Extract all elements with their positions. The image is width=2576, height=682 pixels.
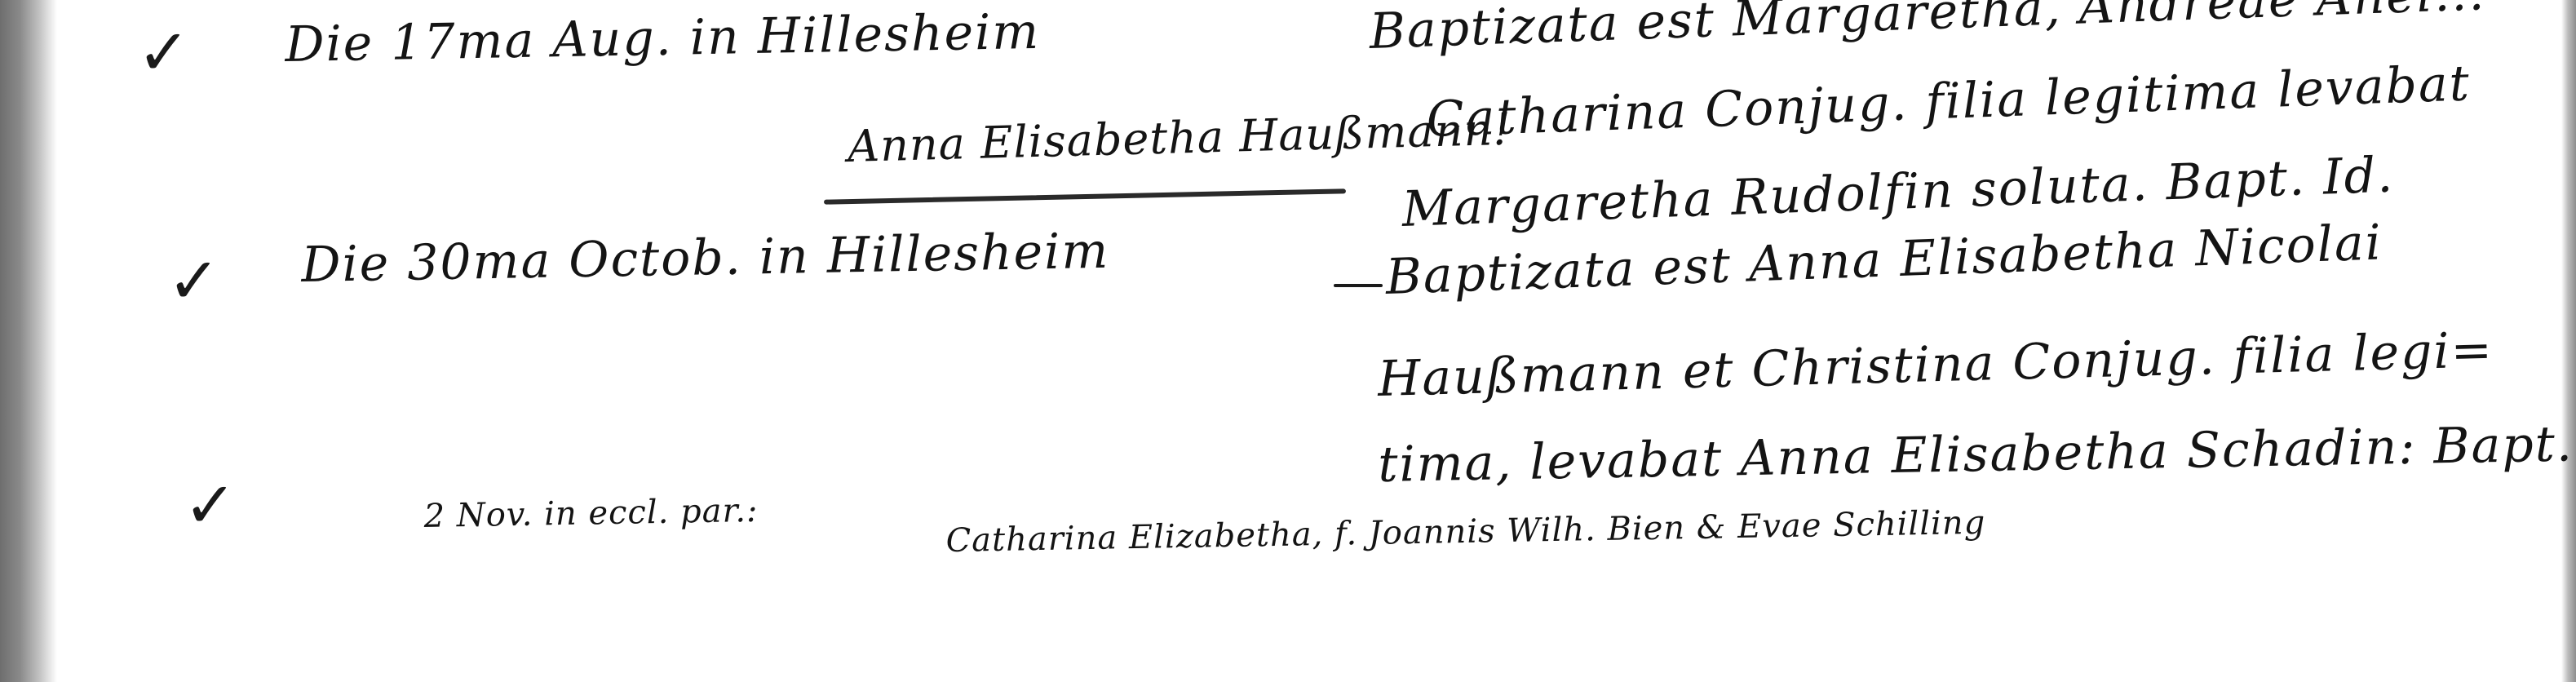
check-mark-icon: ✓: [137, 16, 190, 90]
entry-3-line-1: Catharina Elizabetha, f. Joannis Wilh. B…: [945, 504, 1985, 560]
check-mark-icon: ✓: [167, 245, 220, 318]
page-edge-shadow: [2561, 0, 2576, 682]
entry-2-line-3: tima, levabat Anna Elisabetha Schadin: B…: [1378, 415, 2574, 494]
entry-1-line-2: Catharina Conjug. filia legitima levabat: [1426, 55, 2472, 148]
entry-1-date-place: Die 17ma Aug. in Hillesheim: [285, 3, 1041, 73]
entry-dash: [1334, 284, 1383, 287]
check-mark-icon: ✓: [184, 469, 237, 542]
sponsor-underline: [824, 188, 1346, 204]
entry-1-sponsor-note: Anna Elisabetha Haußmann!: [847, 104, 1512, 172]
entry-2-line-2: Haußmann et Christina Conjug. filia legi…: [1377, 321, 2494, 408]
entry-2-date-place: Die 30ma Octob. in Hillesheim: [301, 223, 1110, 294]
entry-3-date-place: 2 Nov. in eccl. par.:: [423, 492, 759, 535]
register-page: ✓ Die 17ma Aug. in Hillesheim Baptizata …: [0, 0, 2576, 682]
binding-shadow: [0, 0, 57, 682]
entry-1-line-1: Baptizata est Margaretha, Andreae Anel..…: [1369, 0, 2487, 60]
